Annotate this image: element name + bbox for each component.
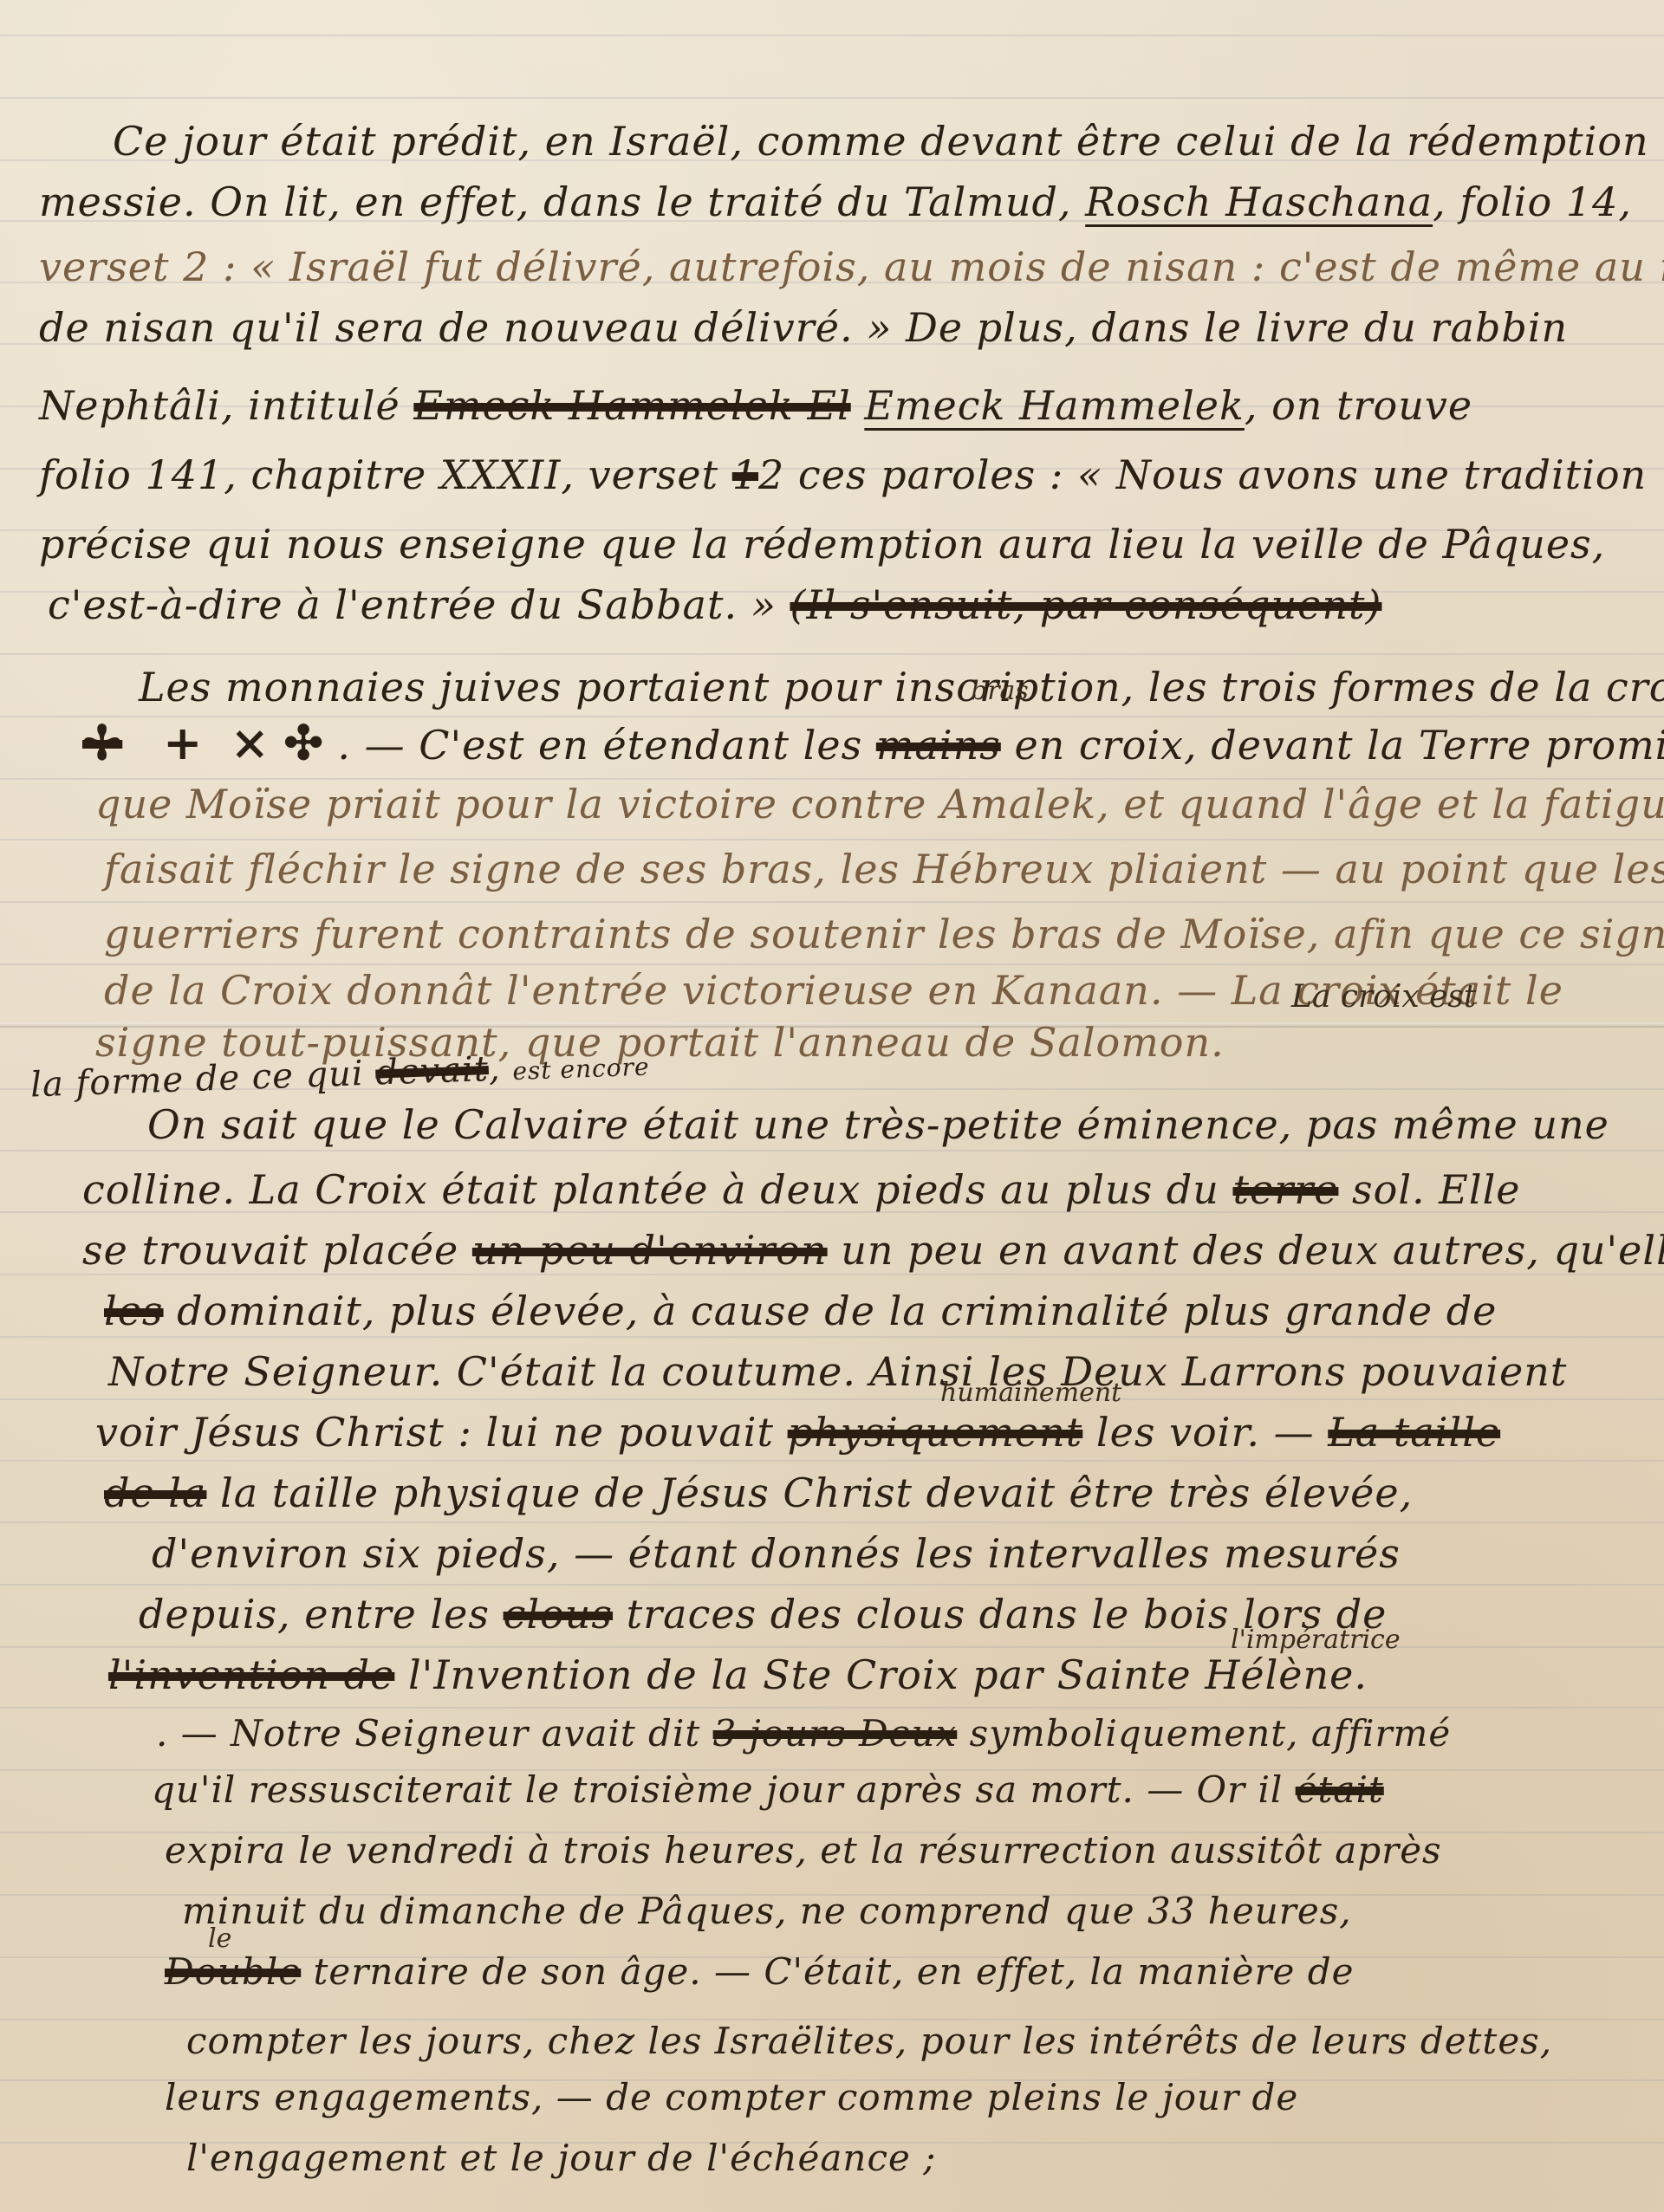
underlined-title: Rosch Haschana xyxy=(1085,178,1433,225)
manuscript-line: voir Jésus Christ : lui ne pouvait physi… xyxy=(95,1412,1500,1452)
manuscript-line: Ce jour était prédit, en Israël, comme d… xyxy=(113,121,1664,161)
manuscript-line: compter les jours, chez les Israëlites, … xyxy=(186,2023,1552,2060)
struck-text: les xyxy=(104,1288,164,1334)
line-text: de nisan qu'il sera de nouveau délivré. … xyxy=(39,304,1568,351)
line-text: Ce jour était prédit, en Israël, comme d… xyxy=(113,118,1664,165)
crossed-out-cross-icon: ✢ xyxy=(82,715,122,770)
manuscript-line: que Moïse priait pour la victoire contre… xyxy=(95,784,1664,824)
line-text: . — Notre Seigneur avait dit xyxy=(156,1712,713,1755)
line-text: se trouvait placée xyxy=(82,1227,472,1274)
manuscript-line: depuis, entre les clous traces des clous… xyxy=(139,1594,1387,1634)
line-text: Notre Seigneur. C'était la coutume. Ains… xyxy=(108,1348,1567,1395)
insertion-text: l'impératrice xyxy=(1231,1625,1401,1655)
ruled-line xyxy=(0,1584,1664,1586)
manuscript-line: folio 141, chapitre XXXII, verset 12 ces… xyxy=(39,455,1647,495)
manuscript-line: guerriers furent contraints de soutenir … xyxy=(104,914,1664,954)
struck-text: devait xyxy=(375,1049,490,1093)
line-text: précise qui nous enseigne que la rédempt… xyxy=(39,521,1605,568)
manuscript-line: Nephtâli, intitulé Emeck Hammelek El Eme… xyxy=(39,386,1472,425)
line-text: la taille physique de Jésus Christ devai… xyxy=(206,1469,1413,1516)
line-text: expira le vendredi à trois heures, et la… xyxy=(165,1829,1442,1871)
insertion-text: humainement xyxy=(940,1378,1121,1408)
manuscript-line: leurs engagements, — de compter comme pl… xyxy=(165,2079,1298,2116)
manuscript-line: l'engagement et le jour de l'échéance ; xyxy=(186,2140,936,2176)
ruled-line xyxy=(0,1460,1664,1462)
ruled-line xyxy=(0,1150,1664,1151)
ruled-line xyxy=(0,97,1664,99)
line-text: Nephtâli, intitulé xyxy=(39,382,413,429)
struck-text: (Il s'ensuit, par conséquent) xyxy=(790,581,1381,628)
line-text: messie. On lit, en effet, dans le traité… xyxy=(39,178,1085,225)
saltire-cross-icon: × xyxy=(231,715,270,770)
line-text: minuit du dimanche de Pâques, ne compren… xyxy=(182,1890,1352,1932)
line-text: qu'il ressusciterait le troisième jour a… xyxy=(152,1768,1296,1811)
line-text: les voir. — xyxy=(1082,1409,1328,1456)
manuscript-line: messie. On lit, en effet, dans le traité… xyxy=(39,182,1632,222)
line-text: , folio 14, xyxy=(1433,178,1632,225)
manuscript-line: se trouvait placée un peu d'environ un p… xyxy=(82,1230,1664,1270)
manuscript-line: colline. La Croix était plantée à deux p… xyxy=(82,1170,1521,1210)
line-text: On sait que le Calvaire était une très-p… xyxy=(147,1101,1609,1148)
line-text: symboliquement, affirmé xyxy=(957,1712,1451,1755)
insertion-text: bras xyxy=(971,676,1029,706)
line-text: faisait fléchir le signe de ses bras, le… xyxy=(104,846,1664,892)
struck-text: physiquement xyxy=(788,1409,1083,1456)
insertion-text: le xyxy=(208,1923,231,1954)
ruled-line xyxy=(0,963,1664,965)
manuscript-line: On sait que le Calvaire était une très-p… xyxy=(147,1105,1609,1145)
ruled-line xyxy=(0,839,1664,840)
line-text: . — C'est en étendant les xyxy=(337,722,875,769)
manuscript-line: ✢ + × ✣ . — C'est en étendant les mains … xyxy=(82,719,1664,766)
struck-text: 3 jours Deux xyxy=(713,1712,958,1755)
manuscript-line: Les monnaies juives portaient pour inscr… xyxy=(139,667,1664,707)
fleury-cross-icon: ✣ xyxy=(284,715,324,770)
struck-text: était xyxy=(1296,1768,1384,1811)
insertion-text: La croix est xyxy=(1291,979,1476,1015)
struck-text: Double xyxy=(165,1950,301,1993)
line-text: dominait, plus élevée, à cause de la cri… xyxy=(164,1288,1498,1334)
line-text: leurs engagements, — de compter comme pl… xyxy=(165,2076,1298,2118)
ruled-line xyxy=(0,901,1664,903)
manuscript-line: Notre Seigneur. C'était la coutume. Ains… xyxy=(108,1352,1567,1391)
line-text: 2 ces paroles : « Nous avons une traditi… xyxy=(758,451,1647,498)
underlined-title: Emeck Hammelek xyxy=(864,382,1245,429)
manuscript-page: Ce jour était prédit, en Israël, comme d… xyxy=(0,0,1664,2212)
line-text: , on trouve xyxy=(1245,382,1472,429)
manuscript-line: de nisan qu'il sera de nouveau délivré. … xyxy=(39,308,1568,347)
line-text: la forme de ce qui xyxy=(29,1054,364,1105)
manuscript-line: Double ternaire de son âge. — C'était, e… xyxy=(165,1954,1354,1990)
struck-text: La taille xyxy=(1328,1409,1500,1456)
ruled-line xyxy=(0,1398,1664,1400)
insertion-text: est encore xyxy=(512,1053,650,1087)
ruled-line xyxy=(0,1707,1664,1709)
ruled-line xyxy=(0,1274,1664,1275)
struck-text: mains xyxy=(876,722,1001,769)
struck-text: terre xyxy=(1233,1166,1339,1213)
struck-text: un peu d'environ xyxy=(472,1227,828,1274)
manuscript-line: de la la taille physique de Jésus Christ… xyxy=(104,1473,1413,1513)
struck-text: 1 xyxy=(732,451,758,498)
line-text: l'Invention de la Ste Croix par Sainte H… xyxy=(394,1651,1368,1698)
manuscript-line: minuit du dimanche de Pâques, ne compren… xyxy=(182,1893,1352,1930)
greek-cross-icon: + xyxy=(163,715,203,770)
manuscript-line: d'environ six pieds, — étant donnés les … xyxy=(152,1534,1401,1573)
ruled-line xyxy=(0,1521,1664,1523)
manuscript-line: expira le vendredi à trois heures, et la… xyxy=(165,1833,1442,1869)
manuscript-line: précise qui nous enseigne que la rédempt… xyxy=(39,524,1605,564)
line-text: l'engagement et le jour de l'échéance ; xyxy=(186,2137,936,2179)
manuscript-line: c'est-à-dire à l'entrée du Sabbat. » (Il… xyxy=(48,585,1381,625)
struck-text: clous xyxy=(504,1591,613,1638)
line-text: verset 2 : « Israël fut délivré, autrefo… xyxy=(39,243,1664,290)
line-text: en croix, devant la Terre promise xyxy=(1001,722,1664,769)
line-text: d'environ six pieds, — étant donnés les … xyxy=(152,1530,1401,1577)
manuscript-line: les dominait, plus élevée, à cause de la… xyxy=(104,1291,1497,1331)
struck-text: de la xyxy=(104,1469,206,1516)
line-text: depuis, entre les xyxy=(139,1591,504,1638)
line-text: sol. Elle xyxy=(1338,1166,1520,1213)
manuscript-line: qu'il ressusciterait le troisième jour a… xyxy=(152,1772,1384,1808)
manuscript-line: . — Notre Seigneur avait dit 3 jours Deu… xyxy=(156,1716,1451,1752)
line-text: que Moïse priait pour la victoire contre… xyxy=(95,781,1664,827)
line-text: un peu en avant des deux autres, qu'elle xyxy=(828,1227,1664,1274)
manuscript-line: faisait fléchir le signe de ses bras, le… xyxy=(104,849,1664,889)
manuscript-line: verset 2 : « Israël fut délivré, autrefo… xyxy=(39,247,1664,287)
line-text: colline. La Croix était plantée à deux p… xyxy=(82,1166,1233,1213)
line-text: c'est-à-dire à l'entrée du Sabbat. » xyxy=(48,581,790,628)
struck-text: l'invention de xyxy=(108,1651,394,1698)
ruled-line xyxy=(0,1646,1664,1648)
line-text: voir Jésus Christ : lui ne pouvait xyxy=(95,1409,788,1456)
line-text: Les monnaies juives portaient pour inscr… xyxy=(139,664,1664,710)
manuscript-line: l'invention de l'Invention de la Ste Cro… xyxy=(108,1655,1368,1695)
ruled-line xyxy=(0,1336,1664,1338)
ruled-line xyxy=(0,35,1664,36)
ruled-line xyxy=(0,653,1664,655)
line-text: ternaire de son âge. — C'était, en effet… xyxy=(301,1950,1354,1993)
line-text: folio 141, chapitre XXXII, verset xyxy=(39,451,732,498)
line-text: compter les jours, chez les Israëlites, … xyxy=(186,2020,1552,2062)
ruled-line xyxy=(0,778,1664,780)
struck-text: Emeck Hammelek El xyxy=(413,382,850,429)
line-text: guerriers furent contraints de soutenir … xyxy=(104,911,1664,957)
